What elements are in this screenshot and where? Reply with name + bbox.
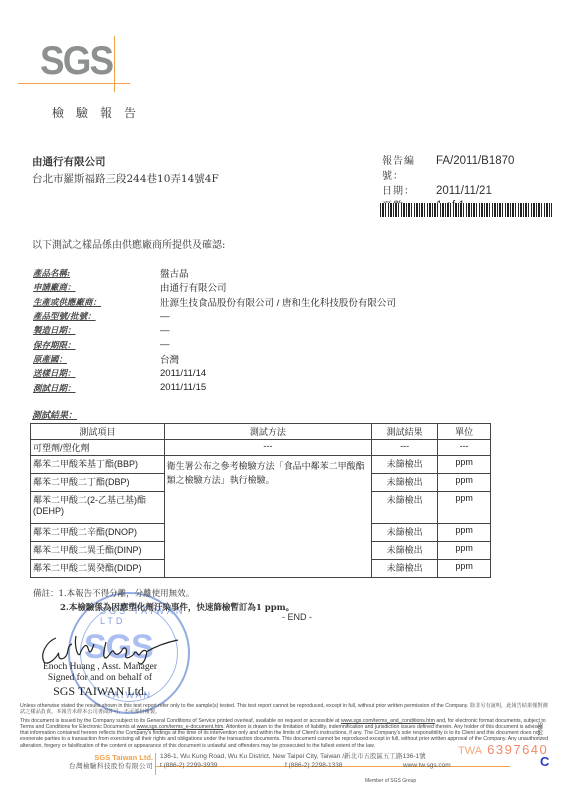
vertical-code: S001: [536, 722, 542, 736]
end-marker: - END -: [282, 612, 312, 622]
test-method: ---: [164, 440, 371, 456]
info-row: 製造日期：—: [33, 323, 396, 337]
test-item: 鄰苯二甲酸二異壬酯(DINP): [31, 542, 165, 560]
info-row: 產品型號/批號：—: [33, 309, 396, 323]
info-label-text: 保存期限：: [33, 341, 76, 351]
info-label: 產品型號/批號：: [33, 310, 160, 322]
info-value: —: [160, 339, 170, 350]
terms-link[interactable]: www.sgs.com/terms_and_conditions.htm: [341, 718, 435, 724]
test-item: 鄰苯二甲酸二辛酯(DNOP): [31, 524, 165, 542]
info-label-text: 測試日期：: [33, 384, 76, 394]
logo-text: SGS: [40, 38, 112, 84]
info-label-text: 製造日期：: [33, 326, 76, 336]
sgs-logo: SGS: [18, 36, 130, 94]
signer-company: SGS TAIWAN Ltd.: [40, 684, 160, 698]
footer-contact: 136-1, Wu Kung Road, Wu Ku District, New…: [160, 753, 520, 770]
info-value: 2011/11/14: [160, 368, 206, 379]
signed-on-behalf: Signed for and on behalf of: [40, 673, 160, 684]
footer-company-en: SGS Taiwan Ltd.: [69, 753, 153, 762]
test-item: 可塑劑/塑化劑: [31, 440, 165, 456]
footer-company-zh: 台灣檢驗科技股份有限公司: [69, 762, 153, 771]
results-header-row: 測試項目 測試方法 測試結果 單位: [31, 424, 491, 440]
info-label: 保存期限：: [33, 339, 160, 351]
member-of-group: Member of SGS Group: [365, 778, 416, 784]
test-item: 鄰苯二甲酸二異癸酯(DIDP): [31, 560, 165, 578]
test-result: 未篩檢出: [372, 492, 438, 524]
header-unit: 單位: [438, 424, 491, 440]
report-no: FA/2011/B1870: [436, 154, 514, 184]
test-unit: ppm: [438, 492, 491, 524]
info-label-text: 原產國：: [33, 355, 67, 365]
footer: SGS Taiwan Ltd. 台灣檢驗科技股份有限公司 136-1, Wu K…: [0, 753, 565, 783]
info-label-text: 送樣日期：: [33, 369, 76, 379]
signer-name: Enoch Huang , Asst. Manager: [40, 662, 160, 673]
header-test-item: 測試項目: [31, 424, 165, 440]
disclaimer-paragraph-1: Unless otherwise stated the results show…: [20, 703, 550, 716]
intro-statement: 以下測試之樣品係由供應廠商所提供及確認:: [32, 236, 225, 251]
test-unit: ppm: [438, 524, 491, 542]
report-no-label: 報告編號：: [382, 154, 436, 184]
info-label-text: 生產或供應廠商：: [33, 298, 101, 308]
test-item: 鄰苯二甲酸二丁酯(DBP): [31, 474, 165, 492]
header-test-result: 測試結果: [372, 424, 438, 440]
test-unit: ppm: [438, 456, 491, 474]
results-title: 測試結果：: [32, 408, 77, 421]
info-value: 台灣: [160, 352, 179, 366]
client-block: 由通行有限公司 台北市羅斯福路三段244巷10弄14號4F: [32, 154, 219, 188]
disclaimer-text: This document is issued by the Company s…: [20, 718, 341, 724]
info-row: 送樣日期：2011/11/14: [33, 366, 396, 380]
header-test-method: 測試方法: [164, 424, 371, 440]
info-label-text: 申請廠商：: [33, 283, 76, 293]
info-label: 原產國：: [33, 353, 160, 365]
info-label: 測試日期：: [33, 382, 160, 394]
client-name: 由通行有限公司: [32, 154, 219, 171]
info-label-text: 產品型號/批號：: [33, 312, 96, 322]
info-label-text: 產品名稱:: [33, 269, 70, 279]
results-table: 測試項目 測試方法 測試結果 單位 可塑劑/塑化劑 --- --- --- 鄰苯…: [30, 423, 491, 578]
info-row: 保存期限：—: [33, 337, 396, 351]
test-method: 衛生署公布之參考檢驗方法「食品中鄰苯二甲酸酯類之檢驗方法」執行檢驗。: [164, 456, 371, 578]
e-document-terms-link[interactable]: www.sgs.com/terms_e-document.htm: [137, 724, 224, 730]
info-value: 2011/11/15: [160, 382, 206, 393]
info-label: 製造日期：: [33, 324, 160, 336]
test-item: 鄰苯二甲酸二(2-乙基己基)酯(DEHP): [31, 492, 165, 524]
info-value: 由通行有限公司: [160, 280, 227, 294]
footer-web-link[interactable]: www.tw.sgs.com: [403, 762, 451, 771]
sample-info: 產品名稱:盤古晶申請廠商：由通行有限公司生產或供應廠商：壯源生技食品股份有限公司…: [33, 266, 396, 395]
info-value: 壯源生技食品股份有限公司 / 唐和生化科技股份有限公司: [160, 295, 396, 309]
table-row: 可塑劑/塑化劑 --- --- ---: [31, 440, 491, 456]
info-value: 盤古晶: [160, 266, 189, 280]
note-2: 2.本檢驗係為因應塑化劑汙染事件，快速篩檢暫訂為1 ppm。: [33, 601, 294, 615]
test-result: 未篩檢出: [372, 524, 438, 542]
test-unit: ppm: [438, 474, 491, 492]
test-result: 未篩檢出: [372, 474, 438, 492]
info-row: 生產或供應廠商：壯源生技食品股份有限公司 / 唐和生化科技股份有限公司: [33, 295, 396, 309]
footer-fax: f (886-2) 2298-1338: [285, 762, 403, 771]
footer-company: SGS Taiwan Ltd. 台灣檢驗科技股份有限公司: [69, 753, 153, 771]
report-date: 2011/11/21: [436, 184, 492, 199]
info-label: 生產或供應廠商：: [33, 296, 160, 308]
test-unit: ---: [438, 440, 491, 456]
info-value: —: [160, 325, 170, 336]
info-row: 測試日期：2011/11/15: [33, 380, 396, 394]
footer-address: 136-1, Wu Kung Road, Wu Ku District, New…: [160, 753, 520, 762]
info-row: 申請廠商：由通行有限公司: [33, 280, 396, 294]
signer-block: Enoch Huang , Asst. Manager Signed for a…: [40, 662, 160, 698]
info-row: 產品名稱:盤古晶: [33, 266, 396, 280]
table-row: 鄰苯二甲酸苯基丁酯(BBP) 衛生署公布之參考檢驗方法「食品中鄰苯二甲酸酯類之檢…: [31, 456, 491, 474]
info-row: 原產國：台灣: [33, 352, 396, 366]
test-unit: ppm: [438, 542, 491, 560]
info-value: —: [160, 311, 170, 322]
test-result: ---: [372, 440, 438, 456]
test-item: 鄰苯二甲酸苯基丁酯(BBP): [31, 456, 165, 474]
test-result: 未篩檢出: [372, 456, 438, 474]
test-result: 未篩檢出: [372, 542, 438, 560]
note-1: 備註：1.本報告不得分離，分離使用無效。: [33, 587, 294, 601]
date-label: 日期：: [382, 184, 436, 199]
report-title: 檢驗報告: [52, 104, 148, 121]
info-label: 產品名稱:: [33, 267, 160, 279]
info-label: 申請廠商：: [33, 281, 160, 293]
barcode: [380, 203, 552, 217]
footer-divider: [155, 753, 156, 775]
info-label: 送樣日期：: [33, 367, 160, 379]
test-result: 未篩檢出: [372, 560, 438, 578]
footer-tel: t (886-2) 2299-3939: [160, 762, 285, 771]
logo-vertical-rule: [114, 36, 115, 92]
notes: 備註：1.本報告不得分離，分離使用無效。 2.本檢驗係為因應塑化劑汙染事件，快速…: [33, 587, 294, 615]
client-address: 台北市羅斯福路三段244巷10弄14號4F: [32, 171, 219, 188]
test-unit: ppm: [438, 560, 491, 578]
